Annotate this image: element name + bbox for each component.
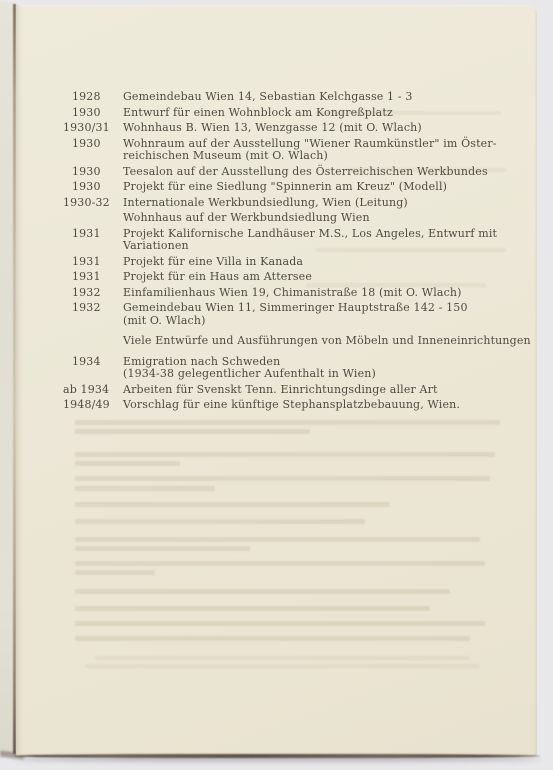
worklist-entry: 1932Einfamilienhaus Wien 19, Chimanistra… bbox=[63, 287, 531, 300]
entry-line: (mit O. Wlach) bbox=[123, 315, 468, 328]
entry-description: Emigration nach Schweden(1934-38 gelegen… bbox=[123, 356, 376, 381]
entry-year: 1930 bbox=[63, 107, 123, 120]
worklist-entry: 1930Teesalon auf der Ausstellung des Öst… bbox=[63, 166, 531, 179]
entry-line: reichischen Museum (mit O. Wlach) bbox=[123, 150, 497, 163]
bleed-through-line bbox=[75, 561, 485, 566]
entry-year bbox=[63, 335, 123, 348]
bleed-through-line bbox=[75, 461, 180, 466]
entry-year: 1934 bbox=[63, 356, 123, 381]
entry-year: 1930/31 bbox=[63, 122, 123, 135]
bleed-through-line bbox=[95, 656, 470, 660]
worklist-entry: Viele Entwürfe und Ausführungen von Möbe… bbox=[63, 335, 531, 348]
bleed-through-line bbox=[75, 546, 250, 551]
entry-year: 1931 bbox=[63, 271, 123, 284]
entry-line: Projekt für eine Siedlung "Spinnerin am … bbox=[123, 181, 447, 194]
entry-year: 1928 bbox=[63, 91, 123, 104]
bleed-through-line bbox=[75, 621, 485, 626]
entry-year: 1930 bbox=[63, 166, 123, 179]
bleed-through-line bbox=[75, 636, 470, 641]
worklist-entry: Wohnhaus auf der Werkbundsiedlung Wien bbox=[63, 212, 531, 225]
entry-description: Teesalon auf der Ausstellung des Österre… bbox=[123, 166, 488, 179]
entry-line: Entwurf für einen Wohnblock am Kongreßpl… bbox=[123, 107, 393, 120]
entry-description: Einfamilienhaus Wien 19, Chimanistraße 1… bbox=[123, 287, 462, 300]
entry-line: Teesalon auf der Ausstellung des Österre… bbox=[123, 166, 488, 179]
page-bottom-shadow bbox=[14, 754, 540, 758]
entry-line: Variationen bbox=[123, 240, 497, 253]
entry-line: Wohnhaus B. Wien 13, Wenzgasse 12 (mit O… bbox=[123, 122, 422, 135]
entry-year: 1930 bbox=[63, 138, 123, 163]
worklist-entry: 1934Emigration nach Schweden(1934-38 gel… bbox=[63, 356, 531, 381]
worklist-entry: 1928Gemeindebau Wien 14, Sebastian Kelch… bbox=[63, 91, 531, 104]
entry-description: Vorschlag für eine künftige Stephansplat… bbox=[123, 399, 460, 412]
entry-year: 1931 bbox=[63, 256, 123, 269]
entry-description: Entwurf für einen Wohnblock am Kongreßpl… bbox=[123, 107, 393, 120]
entry-year: 1930-32 bbox=[63, 197, 123, 210]
entry-line: Wohnhaus auf der Werkbundsiedlung Wien bbox=[123, 212, 370, 225]
worklist-entry: 1930-32Internationale Werkbundsiedlung, … bbox=[63, 197, 531, 210]
worklist-entry: 1930Projekt für eine Siedlung "Spinnerin… bbox=[63, 181, 531, 194]
worklist-entry: ab 1934Arbeiten für Svenskt Tenn. Einric… bbox=[63, 384, 531, 397]
entry-description: Gemeindebau Wien 14, Sebastian Kelchgass… bbox=[123, 91, 413, 104]
entry-description: Internationale Werkbundsiedlung, Wien (L… bbox=[123, 197, 408, 210]
bleed-through-line bbox=[75, 420, 500, 425]
worklist-entry: 1930Wohnraum auf der Ausstellung "Wiener… bbox=[63, 138, 531, 163]
bleed-through-line bbox=[75, 502, 390, 507]
entry-line: Vorschlag für eine künftige Stephansplat… bbox=[123, 399, 460, 412]
entry-description: Wohnhaus B. Wien 13, Wenzgasse 12 (mit O… bbox=[123, 122, 422, 135]
entry-year: 1948/49 bbox=[63, 399, 123, 412]
bleed-through-line bbox=[75, 476, 490, 481]
entry-year bbox=[63, 212, 123, 225]
worklist-entry: 1930/31Wohnhaus B. Wien 13, Wenzgasse 12… bbox=[63, 122, 531, 135]
entry-description: Viele Entwürfe und Ausführungen von Möbe… bbox=[123, 335, 531, 348]
entry-year: ab 1934 bbox=[63, 384, 123, 397]
entry-line: Viele Entwürfe und Ausführungen von Möbe… bbox=[123, 335, 531, 348]
entry-year: 1932 bbox=[63, 287, 123, 300]
worklist-entry: 1930Entwurf für einen Wohnblock am Kongr… bbox=[63, 107, 531, 120]
entry-description: Wohnhaus auf der Werkbundsiedlung Wien bbox=[123, 212, 370, 225]
bleed-through-line bbox=[75, 589, 450, 594]
bleed-through-line bbox=[75, 486, 215, 491]
worklist-entry: 1931Projekt für ein Haus am Attersee bbox=[63, 271, 531, 284]
worklist-entry: 1948/49Vorschlag für eine künftige Steph… bbox=[63, 399, 531, 412]
bleed-through-line bbox=[75, 606, 430, 611]
bleed-through-line bbox=[75, 570, 155, 575]
bleed-through-line bbox=[75, 537, 480, 542]
entry-line: Internationale Werkbundsiedlung, Wien (L… bbox=[123, 197, 408, 210]
entry-description: Gemeindebau Wien 11, Simmeringer Hauptst… bbox=[123, 302, 468, 327]
entry-description: Wohnraum auf der Ausstellung "Wiener Rau… bbox=[123, 138, 497, 163]
entry-line: (1934-38 gelegentlicher Aufenthalt in Wi… bbox=[123, 368, 376, 381]
entry-line: Gemeindebau Wien 11, Simmeringer Hauptst… bbox=[123, 302, 468, 315]
entry-description: Projekt für eine Villa in Kanada bbox=[123, 256, 303, 269]
entry-description: Projekt Kalifornische Landhäuser M.S., L… bbox=[123, 228, 497, 253]
entry-description: Projekt für eine Siedlung "Spinnerin am … bbox=[123, 181, 447, 194]
entry-year: 1932 bbox=[63, 302, 123, 327]
document-page: 1928Gemeindebau Wien 14, Sebastian Kelch… bbox=[16, 5, 537, 756]
bleed-through-line bbox=[75, 452, 495, 457]
scanned-book-page: 1928Gemeindebau Wien 14, Sebastian Kelch… bbox=[0, 0, 553, 770]
entry-line: Einfamilienhaus Wien 19, Chimanistraße 1… bbox=[123, 287, 462, 300]
works-list: 1928Gemeindebau Wien 14, Sebastian Kelch… bbox=[63, 91, 531, 415]
worklist-entry: 1932Gemeindebau Wien 11, Simmeringer Hau… bbox=[63, 302, 531, 327]
entry-year: 1931 bbox=[63, 228, 123, 253]
entry-year: 1930 bbox=[63, 181, 123, 194]
worklist-entry: 1931Projekt Kalifornische Landhäuser M.S… bbox=[63, 228, 531, 253]
entry-line: Arbeiten für Svenskt Tenn. Einrichtungsd… bbox=[123, 384, 438, 397]
entry-line: Gemeindebau Wien 14, Sebastian Kelchgass… bbox=[123, 91, 413, 104]
entry-line: Projekt für eine Villa in Kanada bbox=[123, 256, 303, 269]
entry-description: Arbeiten für Svenskt Tenn. Einrichtungsd… bbox=[123, 384, 438, 397]
entry-line: Projekt für ein Haus am Attersee bbox=[123, 271, 312, 284]
worklist-entry: 1931Projekt für eine Villa in Kanada bbox=[63, 256, 531, 269]
bleed-through-line bbox=[75, 429, 310, 434]
bleed-through-line bbox=[75, 519, 365, 524]
bleed-through-line bbox=[85, 664, 480, 668]
entry-description: Projekt für ein Haus am Attersee bbox=[123, 271, 312, 284]
